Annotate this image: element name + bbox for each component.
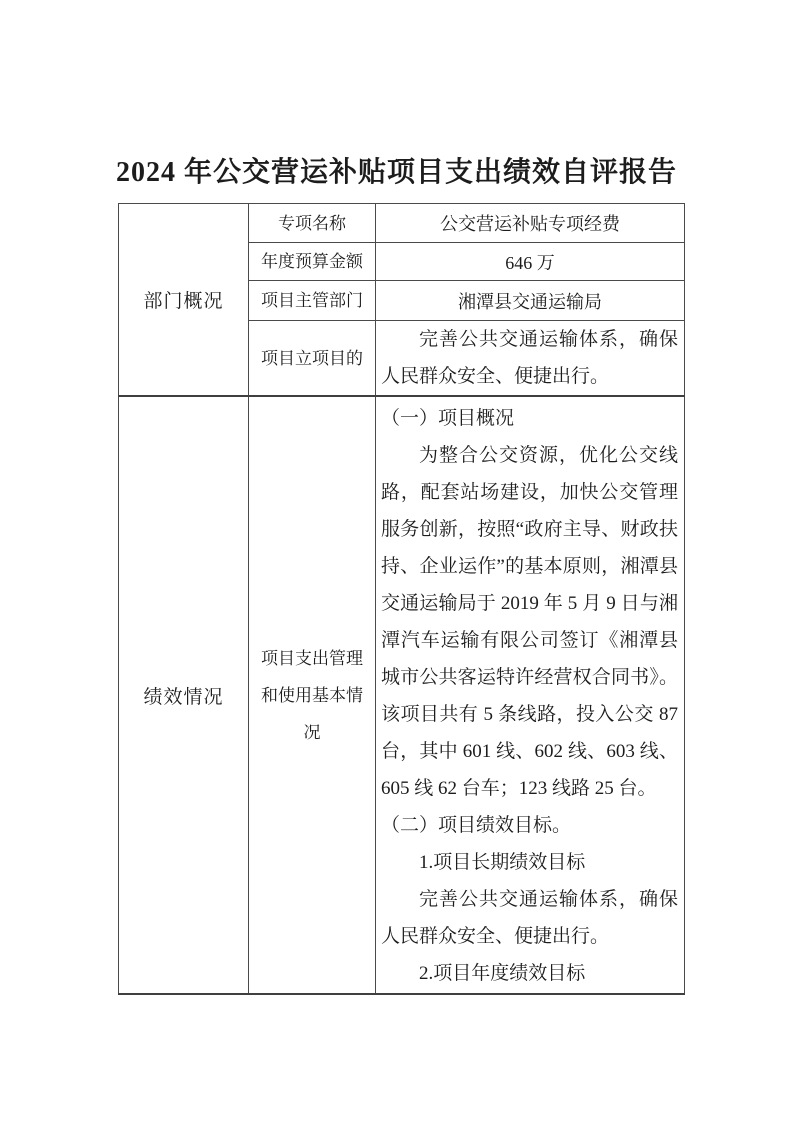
paragraph-longterm-goal-heading: 1.项目长期绩效目标 — [381, 844, 678, 881]
table-row: 绩效情况 项目支出管理和使用基本情况 （一）项目概况 为整合公交资源，优化公交线… — [119, 396, 685, 994]
paragraph-longterm-goal-body: 完善公共交通运输体系，确保人民群众安全、便捷出行。 — [381, 881, 678, 955]
value-project-purpose: 完善公共交通运输体系，确保人民群众安全、便捷出行。 — [376, 321, 685, 397]
value-competent-department: 湘潭县交通运输局 — [376, 281, 685, 321]
paragraph-project-overview-body: 为整合公交资源，优化公交线路，配套站场建设，加快公交管理服务创新，按照“政府主导… — [381, 437, 678, 807]
document-title: 2024 年公交营运补贴项目支出绩效自评报告 — [0, 150, 793, 190]
performance-content: （一）项目概况 为整合公交资源，优化公交线路，配套站场建设，加快公交管理服务创新… — [376, 396, 685, 994]
paragraph-project-overview-heading: （一）项目概况 — [381, 400, 678, 437]
project-purpose-text: 完善公共交通运输体系，确保人民群众安全、便捷出行。 — [381, 321, 678, 395]
table-row: 部门概况 专项名称 公交营运补贴专项经费 — [119, 204, 685, 243]
label-annual-budget: 年度预算金额 — [249, 243, 376, 281]
document-page: 2024 年公交营运补贴项目支出绩效自评报告 部门概况 专项名称 公交营运补贴专… — [0, 0, 793, 1122]
section-header-performance: 绩效情况 — [119, 396, 249, 994]
paragraph-performance-goal-heading: （二）项目绩效目标。 — [381, 807, 678, 844]
paragraph-annual-goal-heading: 2.项目年度绩效目标 — [381, 955, 678, 992]
label-project-purpose: 项目立项目的 — [249, 321, 376, 397]
value-annual-budget: 646 万 — [376, 243, 685, 281]
label-special-fund-name: 专项名称 — [249, 204, 376, 243]
section-header-department-overview: 部门概况 — [119, 204, 249, 397]
report-table: 部门概况 专项名称 公交营运补贴专项经费 年度预算金额 646 万 项目主管部门… — [118, 203, 685, 995]
label-expenditure-management: 项目支出管理和使用基本情况 — [249, 396, 376, 994]
value-special-fund-name: 公交营运补贴专项经费 — [376, 204, 685, 243]
label-competent-department: 项目主管部门 — [249, 281, 376, 321]
